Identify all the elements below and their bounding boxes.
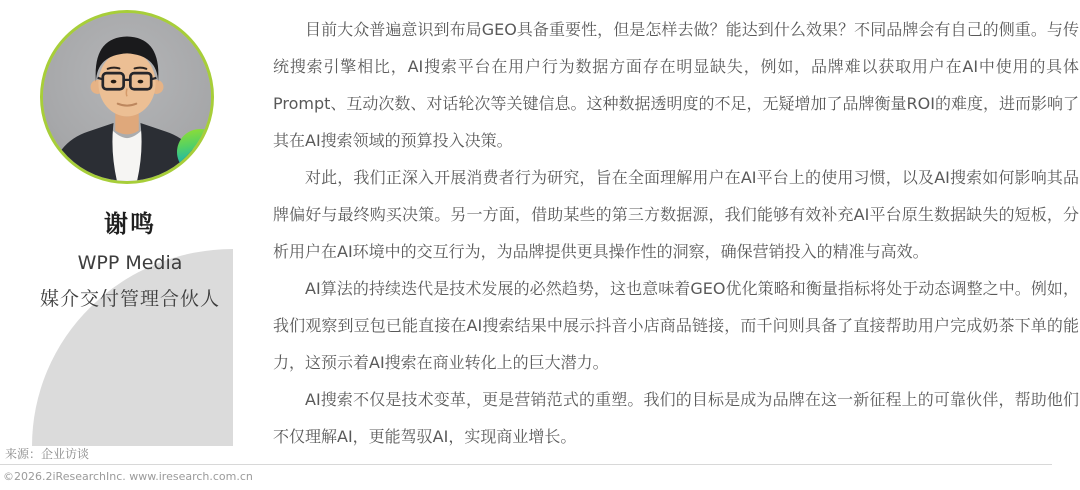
quote-paragraph-2: 对此，我们正深入开展消费者行为研究，旨在全面理解用户在AI平台上的使用习惯，以及… [273, 159, 1079, 270]
quote-paragraph-1: 目前大众普遍意识到布局GEO具备重要性，但是怎样去做？能达到什么效果？不同品牌会… [273, 11, 1079, 159]
quote-paragraph-4: AI搜索不仅是技术变革，更是营销范式的重塑。我们的目标是成为品牌在这一新征程上的… [273, 381, 1079, 455]
decorative-orb-icon [177, 129, 214, 175]
person-title: 媒介交付管理合伙人 [18, 284, 242, 311]
copyright-text: ©2026.2iResearchInc. www.iresearch.com.c… [3, 470, 253, 483]
person-name: 谢鸣 [18, 204, 242, 239]
quote-paragraph-3: AI算法的持续迭代是技术发展的必然趋势，这也意味着GEO优化策略和衡量指标将处于… [273, 270, 1079, 381]
person-company: WPP Media [18, 252, 242, 274]
source-note: 来源：企业访谈 [5, 445, 89, 462]
avatar [40, 10, 214, 184]
report-page: 谢鸣 WPP Media 媒介交付管理合伙人 目前大众普遍意识到布局GEO具备重… [0, 0, 1080, 490]
interview-quote: 目前大众普遍意识到布局GEO具备重要性，但是怎样去做？能达到什么效果？不同品牌会… [273, 11, 1079, 455]
footer-divider [0, 464, 1052, 465]
decorative-quarter-circle [32, 249, 233, 446]
